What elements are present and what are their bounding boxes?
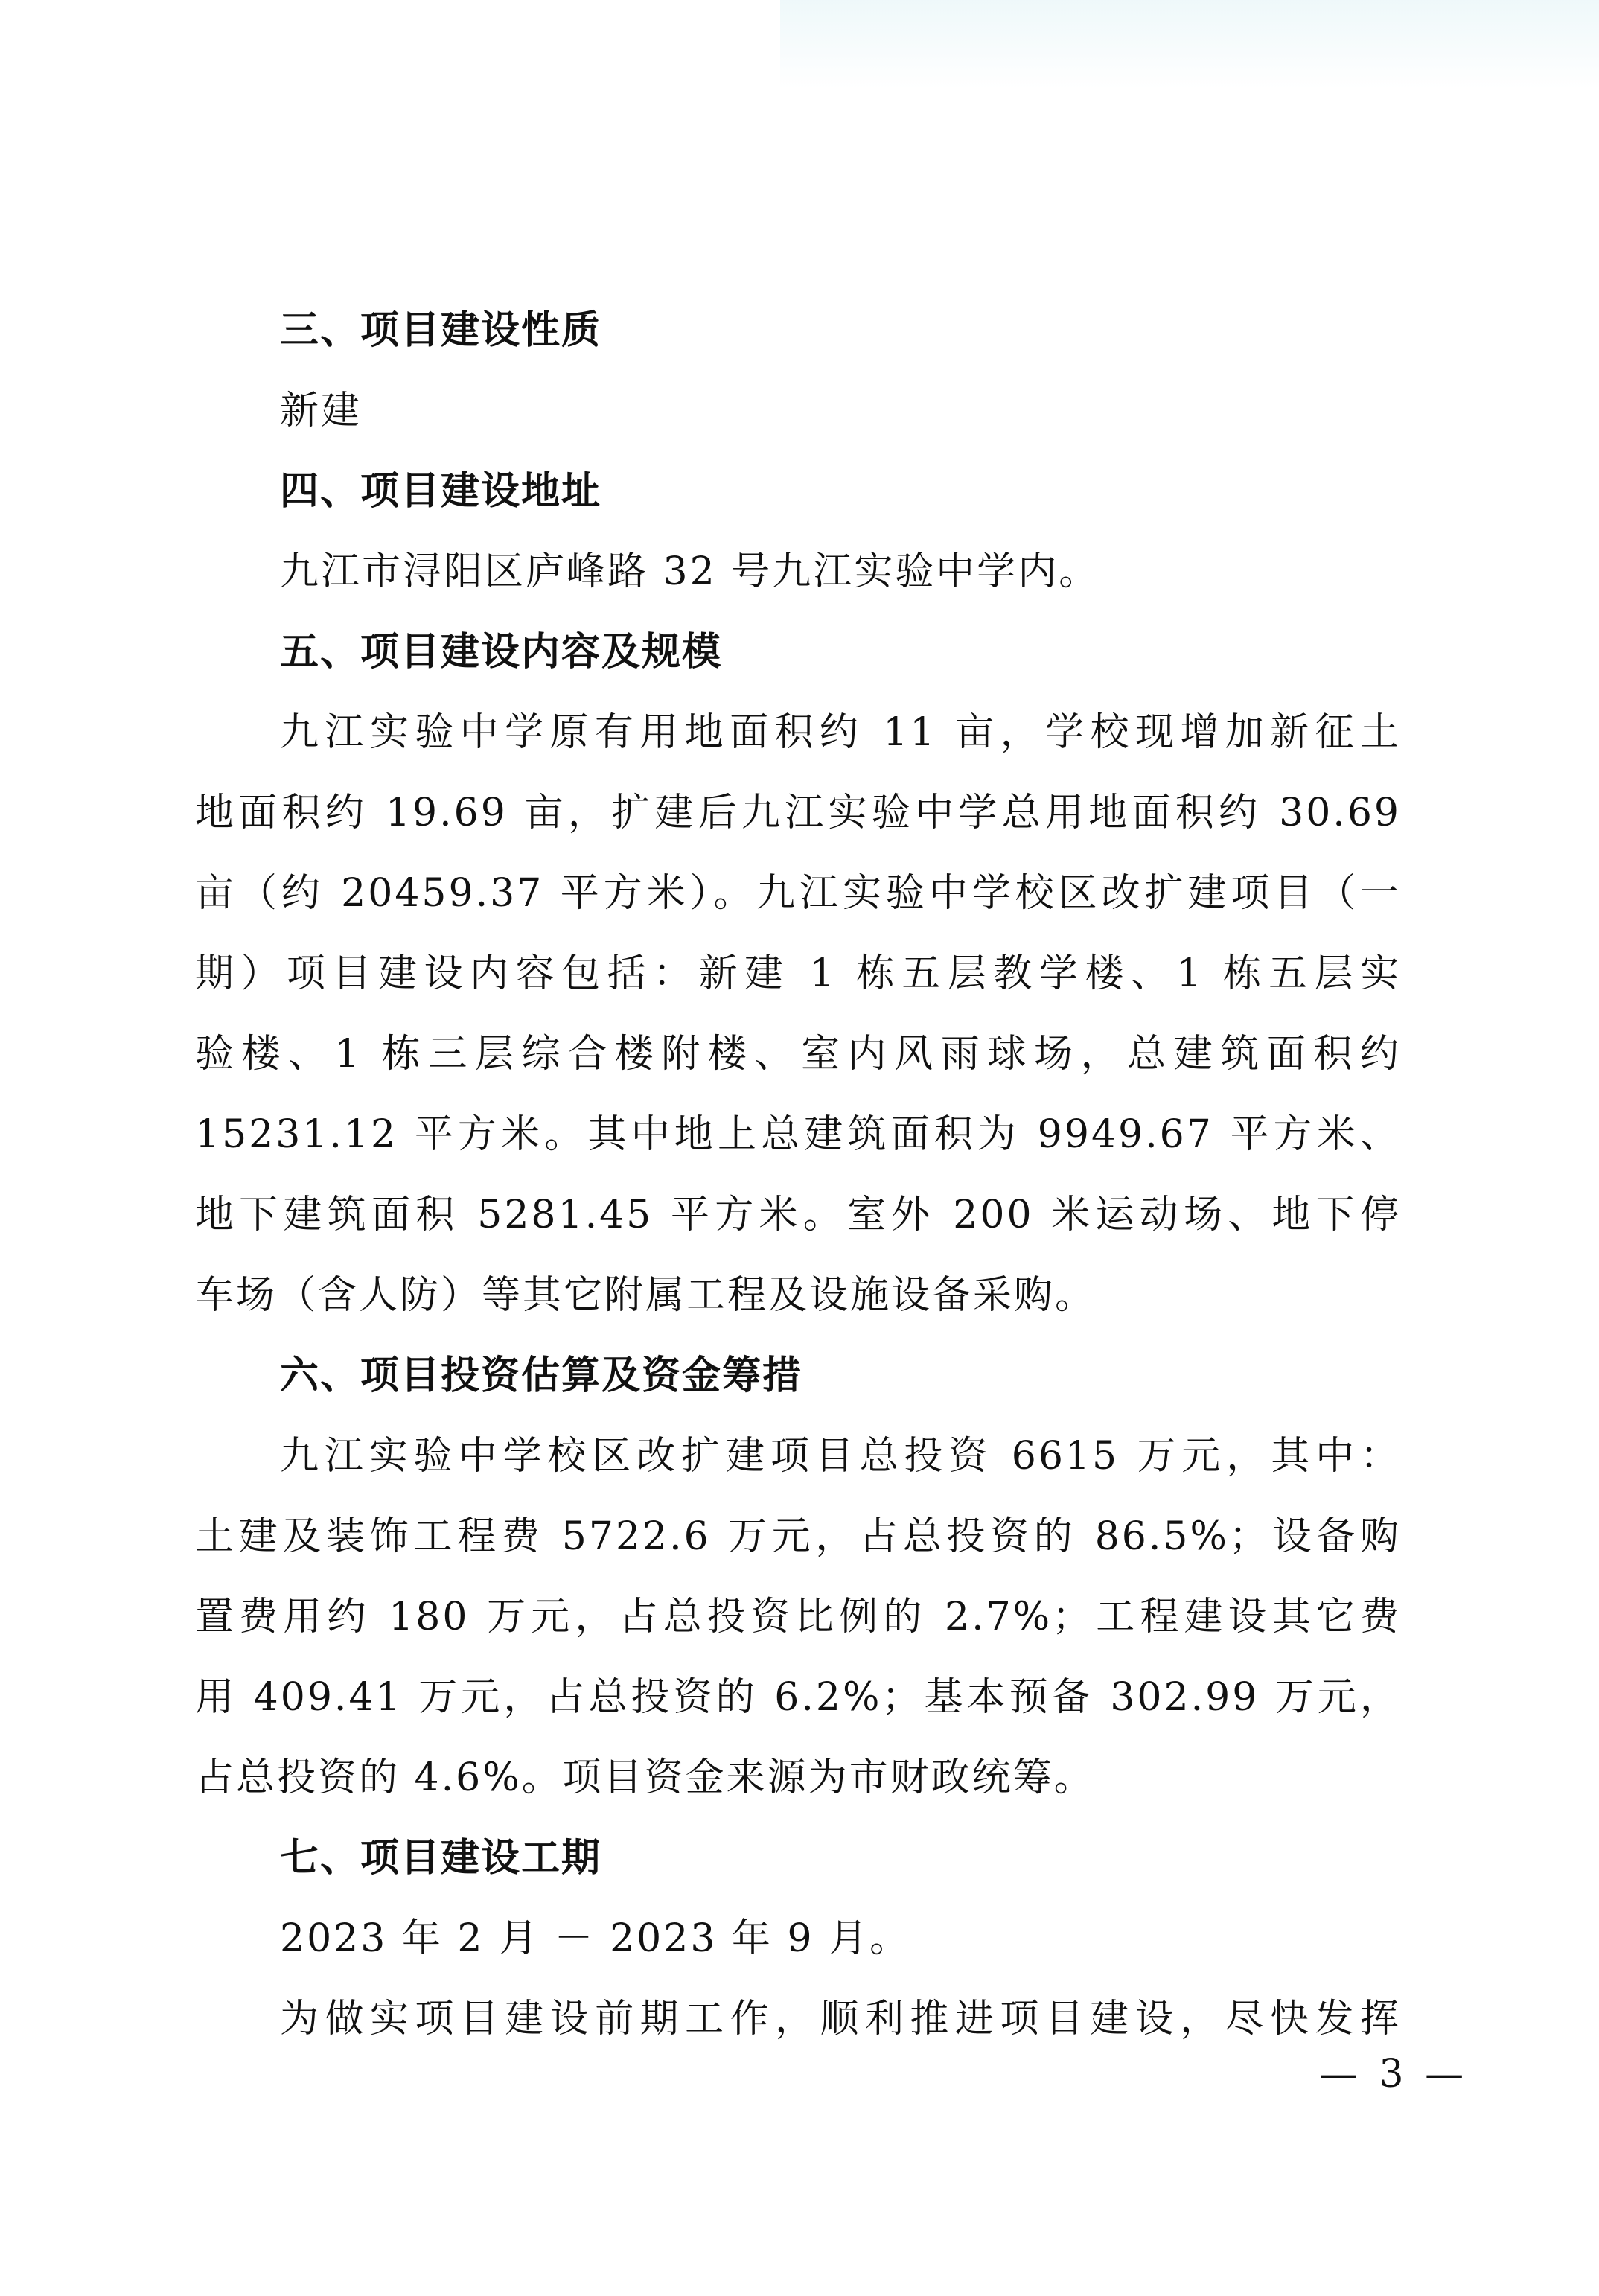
paragraph-line: 地面积约 19.69 亩，扩建后九江实验中学总用地面积约 30.69	[195, 773, 1401, 853]
document-body: 三、项目建设性质 新建 四、项目建设地址 九江市浔阳区庐峰路 32 号九江实验中…	[195, 290, 1401, 2059]
paragraph-line: 为做实项目建设前期工作，顺利推进项目建设，尽快发挥	[195, 1979, 1401, 2059]
paragraph-line: 期）项目建设内容包括：新建 1 栋五层教学楼、1 栋五层实	[195, 934, 1401, 1014]
paragraph-line: 九江实验中学原有用地面积约 11 亩，学校现增加新征土	[195, 692, 1401, 773]
page-number: — 3 —	[1319, 2052, 1468, 2096]
scan-tint	[780, 0, 1599, 89]
section-heading-investment: 六、项目投资估算及资金筹措	[195, 1336, 1401, 1416]
paragraph-line: 占总投资的 4.6%。项目资金来源为市财政统筹。	[195, 1738, 1401, 1818]
section-heading-scope: 五、项目建设内容及规模	[195, 612, 1401, 692]
paragraph-line: 亩（约 20459.37 平方米）。九江实验中学校区改扩建项目（一	[195, 853, 1401, 934]
section-heading-address: 四、项目建设地址	[195, 451, 1401, 532]
paragraph-line: 验楼、1 栋三层综合楼附楼、室内风雨球场，总建筑面积约	[195, 1014, 1401, 1094]
paragraph-line: 用 409.41 万元，占总投资的 6.2%；基本预备 302.99 万元，	[195, 1657, 1401, 1738]
paragraph-line: 地下建筑面积 5281.45 平方米。室外 200 米运动场、地下停	[195, 1175, 1401, 1255]
section-text-address: 九江市浔阳区庐峰路 32 号九江实验中学内。	[195, 532, 1401, 612]
paragraph-line: 置费用约 180 万元，占总投资比例的 2.7%；工程建设其它费	[195, 1577, 1401, 1657]
paragraph-line: 土建及装饰工程费 5722.6 万元，占总投资的 86.5%；设备购	[195, 1496, 1401, 1577]
paragraph-line: 车场（含人防）等其它附属工程及设施设备采购。	[195, 1255, 1401, 1336]
paragraph-line: 15231.12 平方米。其中地上总建筑面积为 9949.67 平方米、	[195, 1094, 1401, 1175]
section-text-nature: 新建	[195, 371, 1401, 451]
section-heading-schedule: 七、项目建设工期	[195, 1818, 1401, 1898]
section-heading-nature: 三、项目建设性质	[195, 290, 1401, 371]
section-text-schedule: 2023 年 2 月 － 2023 年 9 月。	[195, 1898, 1401, 1979]
paragraph-line: 九江实验中学校区改扩建项目总投资 6615 万元，其中：	[195, 1416, 1401, 1496]
